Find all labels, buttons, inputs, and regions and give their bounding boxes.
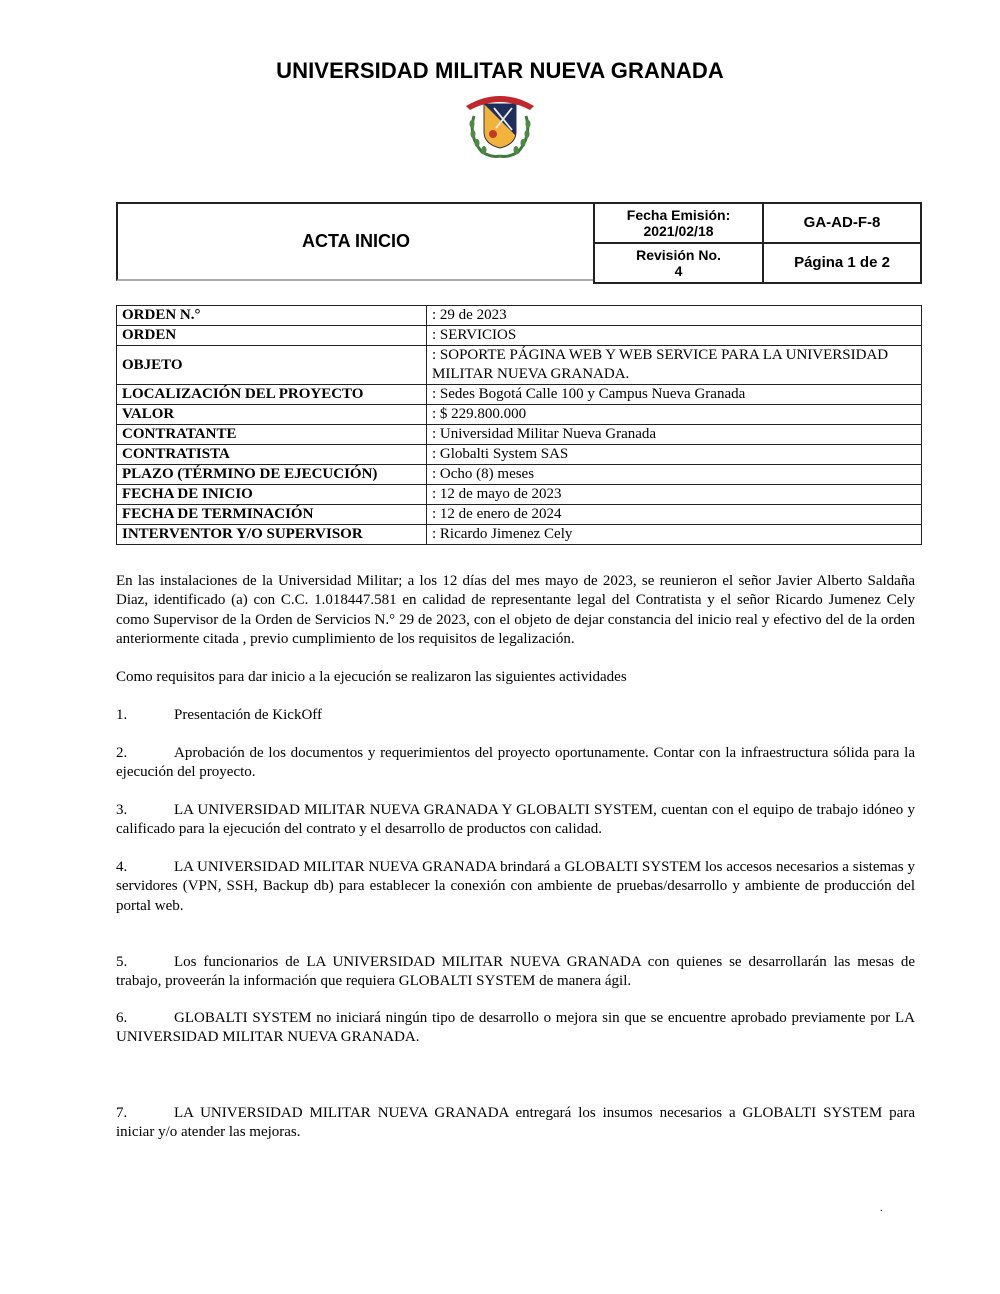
item-number: 2.: [116, 744, 174, 763]
table-row: CONTRATANTE: Universidad Militar Nueva G…: [117, 425, 922, 445]
field-value: : 29 de 2023: [427, 306, 922, 326]
requirements-intro: Como requisitos para dar inicio a la eje…: [116, 668, 915, 687]
item-number: 3.: [116, 801, 174, 820]
field-value: : Sedes Bogotá Calle 100 y Campus Nueva …: [427, 385, 922, 405]
table-row: LOCALIZACIÓN DEL PROYECTO: Sedes Bogotá …: [117, 385, 922, 405]
table-row: FECHA DE TERMINACIÓN: 12 de enero de 202…: [117, 505, 922, 525]
revision-number: Revisión No. 4: [595, 244, 764, 282]
requirement-item: 2.Aprobación de los documentos y requeri…: [116, 744, 915, 783]
table-row: ORDEN N.°: 29 de 2023: [117, 306, 922, 326]
table-row: VALOR: $ 229.800.000: [117, 405, 922, 425]
university-crest-icon: [458, 86, 542, 162]
page-number: Página 1 de 2: [764, 244, 920, 282]
field-label: CONTRATANTE: [117, 425, 427, 445]
item-text: Los funcionarios de LA UNIVERSIDAD MILIT…: [116, 954, 915, 989]
requirement-item: 1.Presentación de KickOff: [116, 706, 915, 725]
item-number: 4.: [116, 858, 174, 877]
institution-title: UNIVERSIDAD MILITAR NUEVA GRANADA: [0, 58, 1000, 84]
field-label: FECHA DE TERMINACIÓN: [117, 505, 427, 525]
field-label: PLAZO (TÉRMINO DE EJECUCIÓN): [117, 465, 427, 485]
intro-text: En las instalaciones de la Universidad M…: [116, 572, 915, 649]
requirement-item: 7.LA UNIVERSIDAD MILITAR NUEVA GRANADA e…: [116, 1104, 915, 1143]
item-text: GLOBALTI SYSTEM no iniciará ningún tipo …: [116, 1010, 915, 1045]
field-value: : Universidad Militar Nueva Granada: [427, 425, 922, 445]
item-number: 7.: [116, 1104, 174, 1123]
field-label: INTERVENTOR Y/O SUPERVISOR: [117, 525, 427, 545]
form-header: ACTA INICIO Fecha Emisión: 2021/02/18 GA…: [116, 202, 922, 284]
requirement-item: 4.LA UNIVERSIDAD MILITAR NUEVA GRANADA b…: [116, 858, 915, 916]
field-value: : 12 de enero de 2024: [427, 505, 922, 525]
field-label: CONTRATISTA: [117, 445, 427, 465]
field-label: ORDEN N.°: [117, 306, 427, 326]
footer-mark: .: [880, 1203, 883, 1214]
item-text: LA UNIVERSIDAD MILITAR NUEVA GRANADA bri…: [116, 859, 915, 914]
order-info-table: ORDEN N.°: 29 de 2023ORDEN: SERVICIOSOBJ…: [116, 305, 922, 545]
table-row: ORDEN: SERVICIOS: [117, 326, 922, 346]
table-row: CONTRATISTA: Globalti System SAS: [117, 445, 922, 465]
item-text: Aprobación de los documentos y requerimi…: [116, 745, 915, 780]
field-value: : SERVICIOS: [427, 326, 922, 346]
item-text: Presentación de KickOff: [174, 707, 322, 723]
field-value: : SOPORTE PÁGINA WEB Y WEB SERVICE PARA …: [427, 346, 922, 385]
field-label: FECHA DE INICIO: [117, 485, 427, 505]
table-row: OBJETO: SOPORTE PÁGINA WEB Y WEB SERVICE…: [117, 346, 922, 385]
requirement-item: 5.Los funcionarios de LA UNIVERSIDAD MIL…: [116, 953, 915, 992]
field-value: : Ricardo Jimenez Cely: [427, 525, 922, 545]
form-code: GA-AD-F-8: [764, 204, 920, 244]
item-number: 1.: [116, 706, 174, 725]
field-value: : $ 229.800.000: [427, 405, 922, 425]
item-text: LA UNIVERSIDAD MILITAR NUEVA GRANADA ent…: [116, 1105, 915, 1140]
item-number: 6.: [116, 1009, 174, 1028]
intro-paragraph: En las instalaciones de la Universidad M…: [116, 572, 915, 649]
field-label: LOCALIZACIÓN DEL PROYECTO: [117, 385, 427, 405]
field-label: ORDEN: [117, 326, 427, 346]
field-label: OBJETO: [117, 346, 427, 385]
table-row: INTERVENTOR Y/O SUPERVISOR: Ricardo Jime…: [117, 525, 922, 545]
field-label: VALOR: [117, 405, 427, 425]
field-value: : Globalti System SAS: [427, 445, 922, 465]
field-value: : 12 de mayo de 2023: [427, 485, 922, 505]
document-title: ACTA INICIO: [116, 202, 594, 281]
item-number: 5.: [116, 953, 174, 972]
table-row: PLAZO (TÉRMINO DE EJECUCIÓN): Ocho (8) m…: [117, 465, 922, 485]
table-row: FECHA DE INICIO: 12 de mayo de 2023: [117, 485, 922, 505]
issue-date: Fecha Emisión: 2021/02/18: [595, 204, 764, 244]
requirement-item: 6.GLOBALTI SYSTEM no iniciará ningún tip…: [116, 1009, 915, 1048]
field-value: : Ocho (8) meses: [427, 465, 922, 485]
requirement-item: 3.LA UNIVERSIDAD MILITAR NUEVA GRANADA Y…: [116, 801, 915, 840]
item-text: LA UNIVERSIDAD MILITAR NUEVA GRANADA Y G…: [116, 802, 915, 837]
